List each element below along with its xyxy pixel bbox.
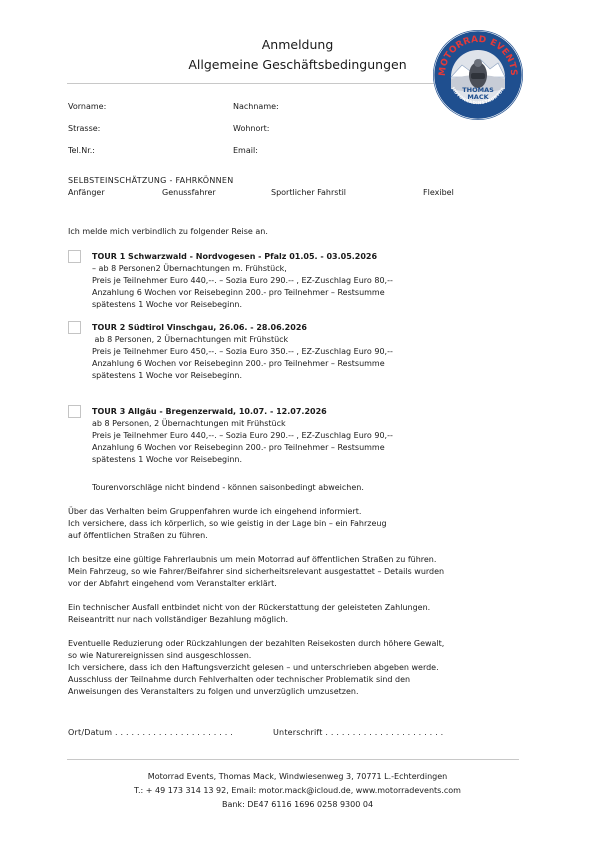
phone-label: Tel.Nr.: bbox=[68, 146, 95, 155]
tour-2-line: spätestens 1 Woche vor Reisebeginn. bbox=[92, 370, 393, 382]
place-date-field[interactable]: Ort/Datum . . . . . . . . . . . . . . . … bbox=[68, 728, 233, 737]
tour-2-block: TOUR 2 Südtirol Vinschgau, 26.06. - 28.0… bbox=[92, 322, 393, 382]
terms-line: Über das Verhalten beim Gruppenfahren wu… bbox=[68, 506, 387, 518]
tour-disclaimer: Tourenvorschläge nicht bindend - können … bbox=[92, 482, 364, 494]
tour-2-line: ab 8 Personen, 2 Übernachtungen mit Früh… bbox=[92, 334, 393, 346]
tour-3-block: TOUR 3 Allgäu - Bregenzerwald, 10.07. - … bbox=[92, 406, 393, 466]
motorrad-events-logo: THOMAS MACK MOTORRAD EVENTS MOTORRADINST… bbox=[432, 29, 524, 121]
skill-option-sporty[interactable]: Sportlicher Fahrstil bbox=[271, 188, 346, 197]
tour-3-line: spätestens 1 Woche vor Reisebeginn. bbox=[92, 454, 393, 466]
terms-line: Ich besitze eine gültige Fahrerlaubnis u… bbox=[68, 554, 444, 566]
skill-option-beginner[interactable]: Anfänger bbox=[68, 188, 105, 197]
tour-3-line: ab 8 Personen, 2 Übernachtungen mit Früh… bbox=[92, 418, 393, 430]
signature-field[interactable]: Unterschrift . . . . . . . . . . . . . .… bbox=[273, 728, 443, 737]
terms-line: Eventuelle Reduzierung oder Rückzahlunge… bbox=[68, 638, 444, 650]
tour-2-line: Preis je Teilnehmer Euro 450,--. – Sozia… bbox=[92, 346, 393, 358]
first-name-label: Vorname: bbox=[68, 102, 106, 111]
footer-divider bbox=[67, 759, 519, 760]
terms-line: so wie Naturereignissen sind ausgeschlos… bbox=[68, 650, 444, 662]
tour-1-line: Anzahlung 6 Wochen vor Reisebeginn 200.-… bbox=[92, 287, 393, 299]
terms-line: Ich versichere, dass ich den Haftungsver… bbox=[68, 662, 444, 674]
terms-paragraph-group-riding: Über das Verhalten beim Gruppenfahren wu… bbox=[68, 506, 387, 542]
tour-1-line: spätestens 1 Woche vor Reisebeginn. bbox=[92, 299, 393, 311]
email-label: Email: bbox=[233, 146, 258, 155]
city-label: Wohnort: bbox=[233, 124, 270, 133]
terms-line: Ausschluss der Teilnahme durch Fehlverha… bbox=[68, 674, 444, 686]
tour-2-checkbox[interactable] bbox=[68, 321, 81, 334]
last-name-label: Nachname: bbox=[233, 102, 279, 111]
tour-1-checkbox[interactable] bbox=[68, 250, 81, 263]
terms-line: Ich versichere, dass ich körperlich, so … bbox=[68, 518, 387, 530]
terms-line: Ein technischer Ausfall entbindet nicht … bbox=[68, 602, 430, 614]
skill-option-leisure-rider[interactable]: Genussfahrer bbox=[162, 188, 216, 197]
terms-paragraph-payment: Ein technischer Ausfall entbindet nicht … bbox=[68, 602, 430, 626]
tour-3-line: Preis je Teilnehmer Euro 440,--. – Sozia… bbox=[92, 430, 393, 442]
street-label: Strasse: bbox=[68, 124, 100, 133]
tour-2-line: Anzahlung 6 Wochen vor Reisebeginn 200.-… bbox=[92, 358, 393, 370]
tour-3-line: Anzahlung 6 Wochen vor Reisebeginn 200.-… bbox=[92, 442, 393, 454]
footer-bank: Bank: DE47 6116 1696 0258 9300 04 bbox=[0, 798, 595, 812]
registration-intro: Ich melde mich verbindlich zu folgender … bbox=[68, 227, 268, 236]
terms-paragraph-license: Ich besitze eine gültige Fahrerlaubnis u… bbox=[68, 554, 444, 590]
footer-address: Motorrad Events, Thomas Mack, Windwiesen… bbox=[0, 770, 595, 784]
tour-1-line: – ab 8 Personen2 Übernachtungen m. Frühs… bbox=[92, 263, 393, 275]
header-divider bbox=[67, 83, 437, 84]
terms-line: Reiseantritt nur nach vollständiger Beza… bbox=[68, 614, 430, 626]
terms-line: Anweisungen des Veranstalters zu folgen … bbox=[68, 686, 444, 698]
tour-1-line: Preis je Teilnehmer Euro 440,--. – Sozia… bbox=[92, 275, 393, 287]
terms-line: vor der Abfahrt eingehend vom Veranstalt… bbox=[68, 578, 444, 590]
tour-3-checkbox[interactable] bbox=[68, 405, 81, 418]
logo-badge-icon: THOMAS MACK MOTORRAD EVENTS MOTORRADINST… bbox=[432, 29, 524, 121]
tour-3-title: TOUR 3 Allgäu - Bregenzerwald, 10.07. - … bbox=[92, 406, 393, 418]
tour-2-title: TOUR 2 Südtirol Vinschgau, 26.06. - 28.0… bbox=[92, 322, 393, 334]
skill-option-flexible[interactable]: Flexibel bbox=[423, 188, 454, 197]
terms-paragraph-liability: Eventuelle Reduzierung oder Rückzahlunge… bbox=[68, 638, 444, 698]
tour-1-block: TOUR 1 Schwarzwald - Nordvogesen - Pfalz… bbox=[92, 251, 393, 311]
self-assessment-heading: SELBSTEINSCHÄTZUNG - FAHRKÖNNEN bbox=[68, 176, 234, 185]
tour-1-title: TOUR 1 Schwarzwald - Nordvogesen - Pfalz… bbox=[92, 251, 393, 263]
terms-line: Mein Fahrzeug, so wie Fahrer/Beifahrer s… bbox=[68, 566, 444, 578]
footer-contact: T.: + 49 173 314 13 92, Email: motor.mac… bbox=[0, 784, 595, 798]
terms-line: auf öffentlichen Straßen zu führen. bbox=[68, 530, 387, 542]
